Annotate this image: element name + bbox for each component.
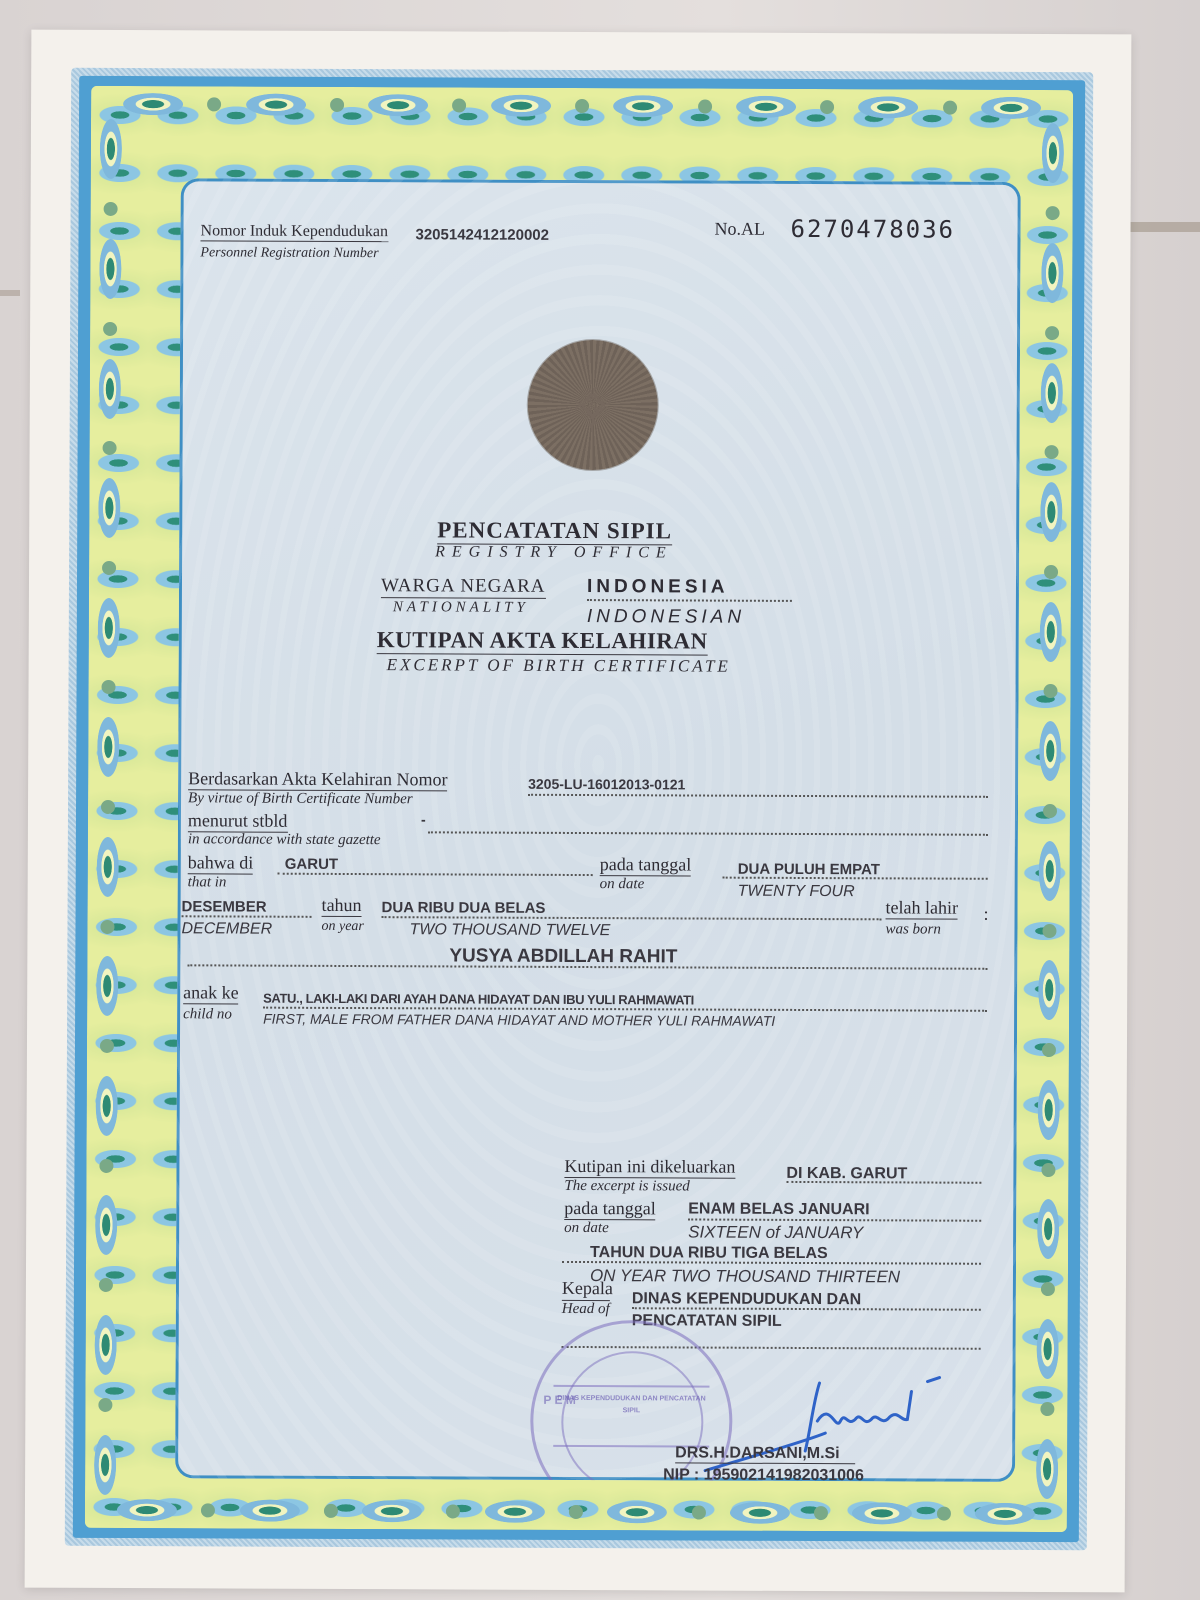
child-name: YUSYA ABDILLAH RAHIT bbox=[449, 945, 677, 968]
nik-label-en: Personnel Registration Number bbox=[200, 245, 378, 262]
nationality-value: INDONESIA bbox=[587, 576, 729, 599]
head-office-dotted-line bbox=[632, 1307, 981, 1311]
guilloche-border: Nomor Induk Kependudukan 320514241212000… bbox=[65, 68, 1093, 1550]
born-label: telah lahir bbox=[886, 897, 959, 919]
birth-month-value: DESEMBER bbox=[182, 898, 267, 915]
official-name: DRS.H.DARSANI,M.Si bbox=[675, 1444, 856, 1464]
born-colon: : bbox=[984, 904, 989, 925]
head-label: Kepala bbox=[562, 1278, 613, 1299]
issue-date-dotted-line bbox=[688, 1218, 981, 1221]
issued-place-dotted-line bbox=[786, 1181, 981, 1184]
nationality-value-en: INDONESIAN bbox=[587, 606, 745, 629]
stbld-value: - bbox=[421, 811, 426, 827]
garuda-emblem-seal bbox=[527, 340, 658, 471]
border-top-motifs bbox=[111, 86, 1053, 126]
stbld-dotted-line bbox=[428, 831, 988, 835]
issued-label: Kutipan ini dikeluarkan bbox=[564, 1156, 735, 1179]
stamp-center-text: DINAS KEPENDUDUKAN DAN PENCATATAN SIPIL bbox=[553, 1385, 709, 1448]
place-label: bahwa di bbox=[188, 852, 254, 874]
background-shelf bbox=[1128, 222, 1200, 232]
issue-date-value-en: SIXTEEN of JANUARY bbox=[688, 1222, 863, 1243]
place-value: GARUT bbox=[285, 856, 338, 873]
document-title-en: EXCERPT OF BIRTH CERTIFICATE bbox=[387, 655, 731, 677]
certificate-body: Nomor Induk Kependudukan 320514241212000… bbox=[175, 178, 1021, 1482]
office-title: PENCATATAN SIPIL bbox=[437, 517, 672, 545]
birth-year-value: DUA RIBU DUA BELAS bbox=[382, 899, 546, 917]
serial-number: 6270478036 bbox=[790, 215, 955, 244]
head-office-line-1: DINAS KEPENDUDUKAN DAN bbox=[632, 1290, 861, 1309]
serial-label: No.AL bbox=[714, 219, 765, 240]
border-right-motifs bbox=[1029, 112, 1071, 1510]
nationality-label: WARGA NEGARA bbox=[381, 575, 546, 599]
stbld-label: menurut stbld bbox=[188, 810, 288, 832]
birth-year-label-en: on year bbox=[321, 919, 363, 935]
child-order-label-en: child no bbox=[183, 1006, 232, 1023]
document-title: KUTIPAN AKTA KELAHIRAN bbox=[377, 627, 708, 655]
birth-date-value-en: TWENTY FOUR bbox=[738, 883, 855, 902]
cert-number-label-en: By virtue of Birth Certificate Number bbox=[188, 790, 413, 808]
child-order-value: SATU., LAKI-LAKI DARI AYAH DANA HIDAYAT … bbox=[263, 991, 694, 1008]
stamp-ring-text: P E M bbox=[543, 1393, 576, 1407]
certificate-paper: Nomor Induk Kependudukan 320514241212000… bbox=[25, 30, 1132, 1593]
child-order-label: anak ke bbox=[183, 982, 239, 1004]
official-nip: NIP : 195902141982031006 bbox=[663, 1466, 864, 1482]
birth-date-dotted-line bbox=[723, 877, 988, 880]
birth-year-dotted-line bbox=[382, 916, 882, 920]
place-dotted-line bbox=[278, 873, 593, 876]
stbld-label-en: in accordance with state gazette bbox=[188, 831, 381, 849]
birth-year-label: tahun bbox=[322, 895, 362, 917]
issued-label-en: The excerpt is issued bbox=[564, 1178, 689, 1196]
birth-month-dotted-line bbox=[182, 915, 312, 918]
issue-year-dotted-line bbox=[562, 1261, 981, 1265]
nik-label: Nomor Induk Kependudukan bbox=[200, 222, 388, 242]
place-label-en: that in bbox=[188, 874, 227, 891]
birth-year-value-en: TWO THOUSAND TWELVE bbox=[409, 921, 610, 940]
birth-date-label: pada tanggal bbox=[600, 854, 692, 876]
cert-number-dotted-line bbox=[528, 794, 988, 798]
issue-date-label: pada tanggal bbox=[564, 1198, 656, 1220]
issue-year-value-en: ON YEAR TWO THOUSAND THIRTEEN bbox=[590, 1266, 900, 1287]
cert-number-value: 3205-LU-16012013-0121 bbox=[528, 776, 685, 793]
head-label-en: Head of bbox=[562, 1300, 610, 1318]
child-order-value-en: FIRST, MALE FROM FATHER DANA HIDAYAT AND… bbox=[263, 1011, 775, 1029]
cert-number-label: Berdasarkan Akta Kelahiran Nomor bbox=[188, 768, 448, 791]
issue-date-label-en: on date bbox=[564, 1220, 609, 1237]
birth-date-label-en: on date bbox=[600, 876, 645, 893]
border-left-motifs bbox=[87, 108, 129, 1506]
birth-month-value-en: DECEMBER bbox=[181, 920, 272, 938]
nationality-label-en: NATIONALITY bbox=[393, 599, 529, 617]
background-edge bbox=[0, 290, 20, 296]
born-label-en: was born bbox=[885, 921, 941, 938]
issue-date-value: ENAM BELAS JANUARI bbox=[688, 1200, 869, 1219]
nik-value: 3205142412120002 bbox=[415, 226, 549, 244]
office-title-en: REGISTRY OFFICE bbox=[435, 543, 673, 562]
birth-date-value: DUA PULUH EMPAT bbox=[738, 861, 880, 879]
nationality-dotted-line bbox=[587, 599, 792, 602]
border-bottom-motifs bbox=[105, 1492, 1047, 1532]
